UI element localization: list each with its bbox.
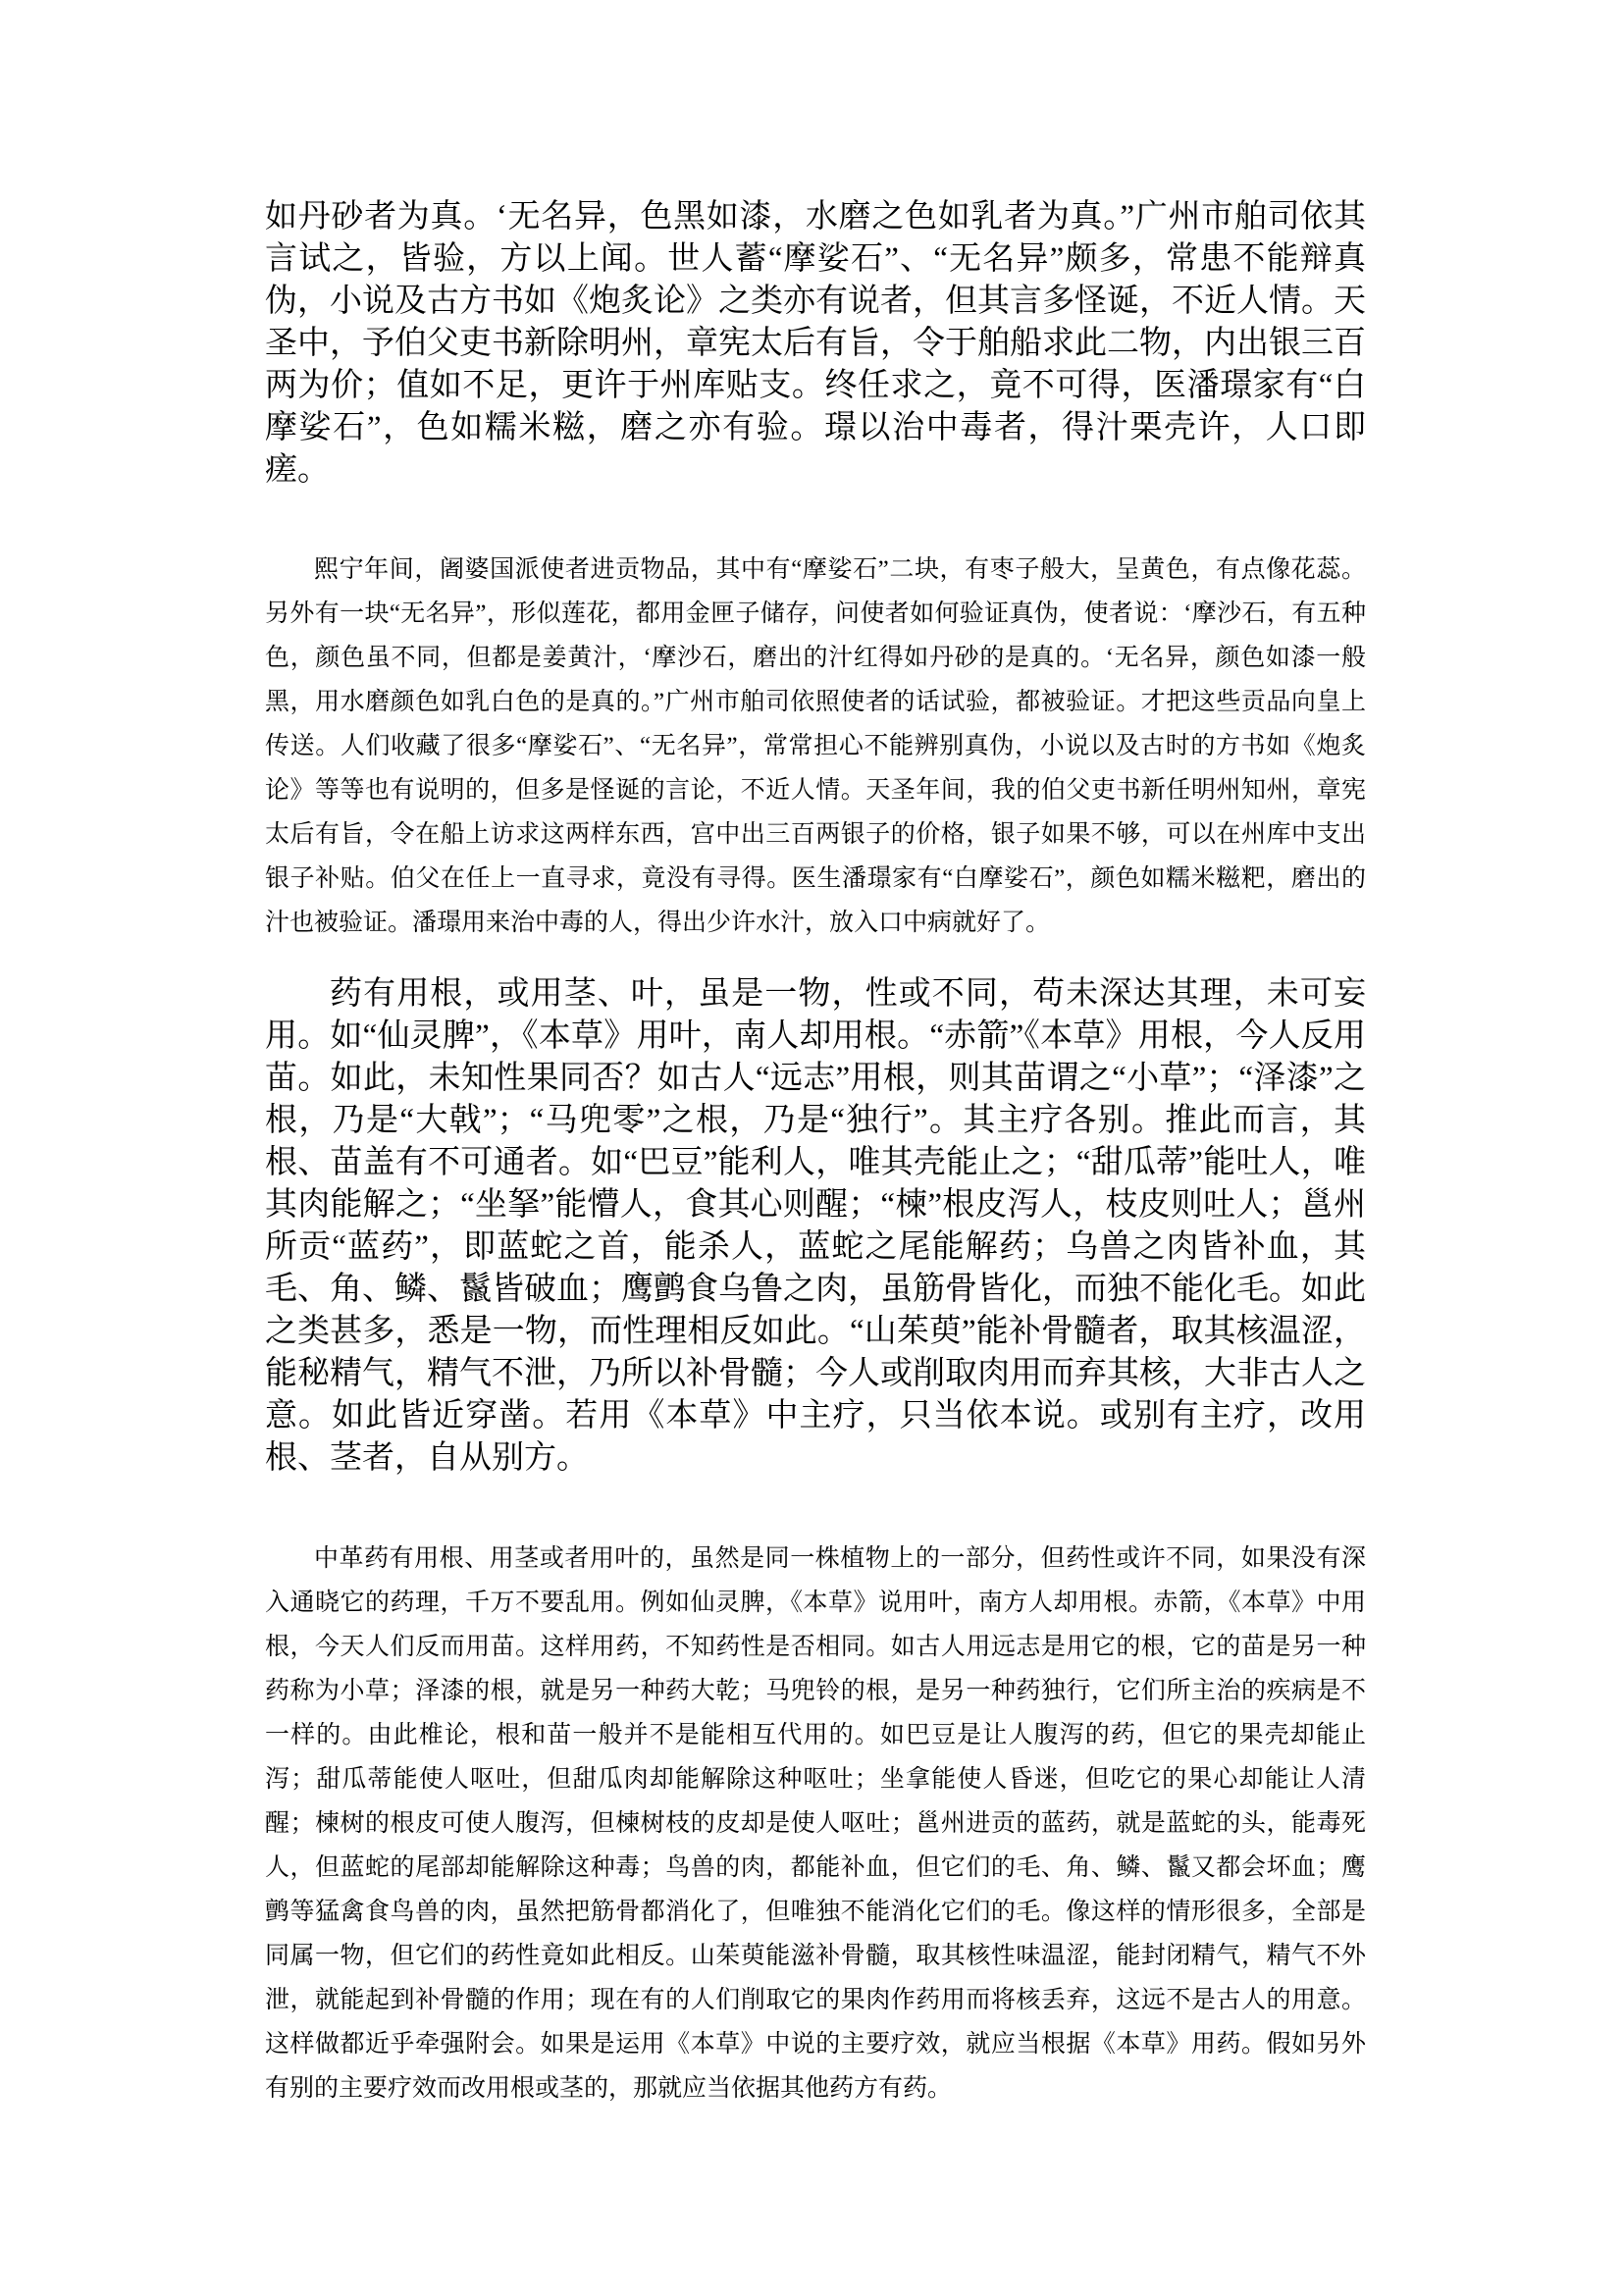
- document-page: 如丹砂者为真。‘无名异，色黑如漆，水磨之色如乳者为真。”广州市舶司依其言试之，皆…: [0, 0, 1624, 2294]
- translation-paragraph-2: 中革药有用根、用茎或者用叶的，虽然是同一株植物上的一部分，但药性或许不同，如果没…: [265, 1537, 1366, 2111]
- classical-paragraph-2: 药有用根，或用茎、叶，虽是一物，性或不同，苟未深达其理，未可妄用。如“仙灵脾”，…: [265, 973, 1366, 1480]
- translation-paragraph-1: 熙宁年间，阇婆国派使者进贡物品，其中有“摩娑石”二块，有枣子般大，呈黄色，有点像…: [265, 547, 1366, 945]
- classical-paragraph-1: 如丹砂者为真。‘无名异，色黑如漆，水磨之色如乳者为真。”广州市舶司依其言试之，皆…: [265, 196, 1366, 492]
